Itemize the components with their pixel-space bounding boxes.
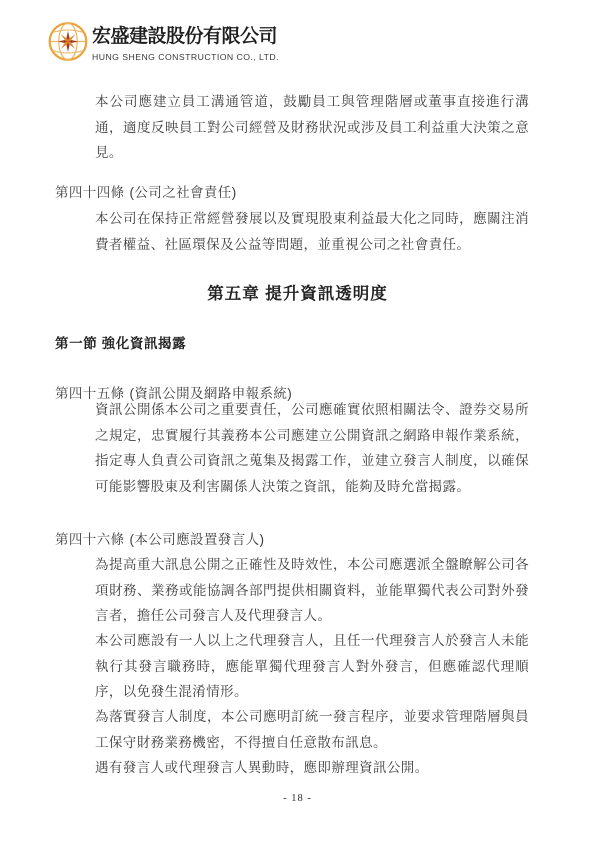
article-46-title: (本公司應設置發言人) — [130, 532, 265, 547]
article-44-title: (公司之社會責任) — [130, 185, 237, 200]
article-44-number: 第四十四條 — [55, 185, 125, 200]
article-46-paragraph-4: 遇有發言人或代理發言人異動時，應即辦理資訊公開。 — [95, 755, 529, 781]
article-46-paragraph-1: 為提高重大訊息公開之正確性及時效性，本公司應選派全盤瞭解公司各項財務、業務或能協… — [95, 552, 529, 629]
article-46-heading: 第四十六條(本公司應設置發言人) — [55, 527, 535, 553]
article-45-body: 資訊公開係本公司之重要責任，公司應確實依照相關法令、證券交易所之規定，忠實履行其… — [95, 397, 529, 499]
section-1-heading: 第一節 強化資訊揭露 — [55, 332, 186, 352]
article-46-number: 第四十六條 — [55, 532, 125, 547]
document-page: 宏盛建設股份有限公司 HUNG SHENG CONSTRUCTION CO., … — [0, 0, 595, 842]
company-name-chinese: 宏盛建設股份有限公司 — [92, 20, 279, 50]
paragraph-employee-communication: 本公司應建立員工溝通管道，鼓勵員工與管理階層或董事直接進行溝通，適度反映員工對公… — [95, 89, 529, 166]
company-name-block: 宏盛建設股份有限公司 HUNG SHENG CONSTRUCTION CO., … — [92, 20, 279, 62]
article-44-heading: 第四十四條(公司之社會責任) — [55, 180, 535, 206]
chapter-5-heading: 第五章 提升資訊透明度 — [0, 280, 595, 304]
article-46-paragraph-3: 為落實發言人制度，本公司應明訂統一發言程序，並要求管理階層與員工保守財務業務機密… — [95, 704, 529, 755]
page-number: - 18 - — [0, 793, 595, 804]
article-44-body: 本公司在保持正常經營發展以及實現股東利益最大化之同時，應關注消費者權益、社區環保… — [95, 206, 529, 257]
company-letterhead: 宏盛建設股份有限公司 HUNG SHENG CONSTRUCTION CO., … — [48, 20, 279, 63]
article-46-paragraph-2: 本公司應設有一人以上之代理發言人，且任一代理發言人於發言人未能執行其發言職務時，… — [95, 628, 529, 705]
company-name-english: HUNG SHENG CONSTRUCTION CO., LTD. — [92, 52, 279, 62]
company-logo-globe-star-icon — [48, 20, 88, 63]
